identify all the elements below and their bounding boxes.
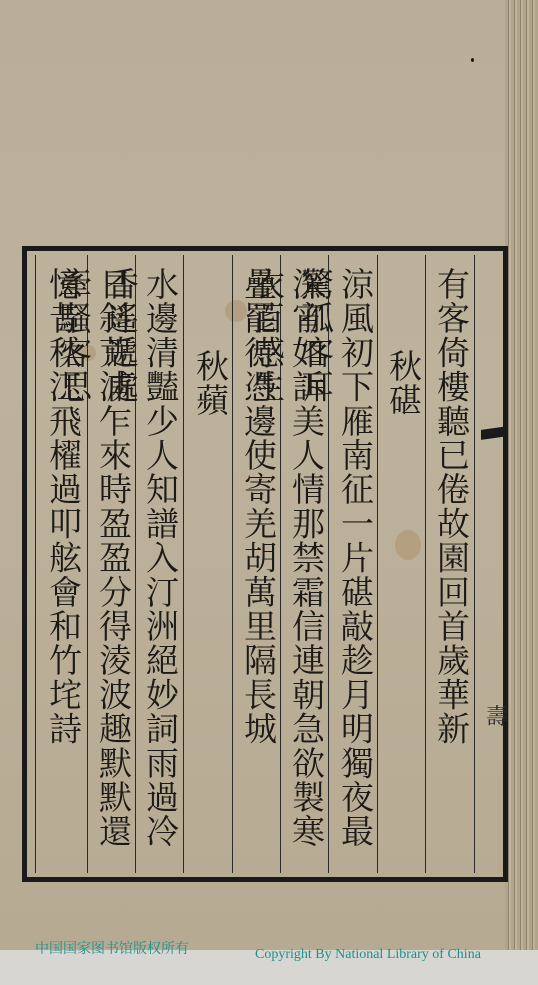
column-rule (35, 255, 36, 873)
text-column-8: 日斜荒浦乍來時盈盈分得淩波趣默默還牽騷客思 (93, 267, 133, 877)
column-rule (183, 255, 184, 873)
block-center-mark: 壽 (486, 700, 508, 731)
watermark-chinese: 中国国家图书馆版权所有 (35, 938, 189, 958)
column-rule (232, 255, 233, 873)
column-rule (474, 255, 475, 873)
poem-title-qiu-zhen: 秋碪 (383, 349, 423, 417)
text-frame-border: 有客倚樓聽已倦故園回首歲華新 秋碪 涼風初下雁南征一片碪敲趁月明獨夜最驚孤客耳 … (22, 246, 508, 882)
text-column-4: 深宵如訴美人情那禁霜信連朝急欲製寒衣百感生 (286, 267, 326, 877)
poem-title-qiu-ping: 秋蘋 (190, 349, 230, 417)
text-column-5: 疊罷待憑邊使寄羌胡萬里隔長城 (238, 267, 278, 746)
column-rule (377, 255, 378, 873)
text-column-1: 有客倚樓聽已倦故園回首歲華新 (431, 267, 471, 746)
text-column-3: 涼風初下雁南征一片碪敲趁月明獨夜最驚孤客耳 (335, 267, 375, 877)
page-stack-edges (505, 0, 538, 960)
column-rule (425, 255, 426, 873)
ink-speck (471, 58, 474, 62)
text-column-9: 憶昔秋江飛櫂過叩舷會和竹垞詩 (43, 267, 83, 746)
text-column-7: 水邊清豔少人知譜入汀洲絕妙詞雨過冷香遙遞處 (140, 267, 180, 877)
watermark-english: Copyright By National Library of China (255, 947, 481, 963)
